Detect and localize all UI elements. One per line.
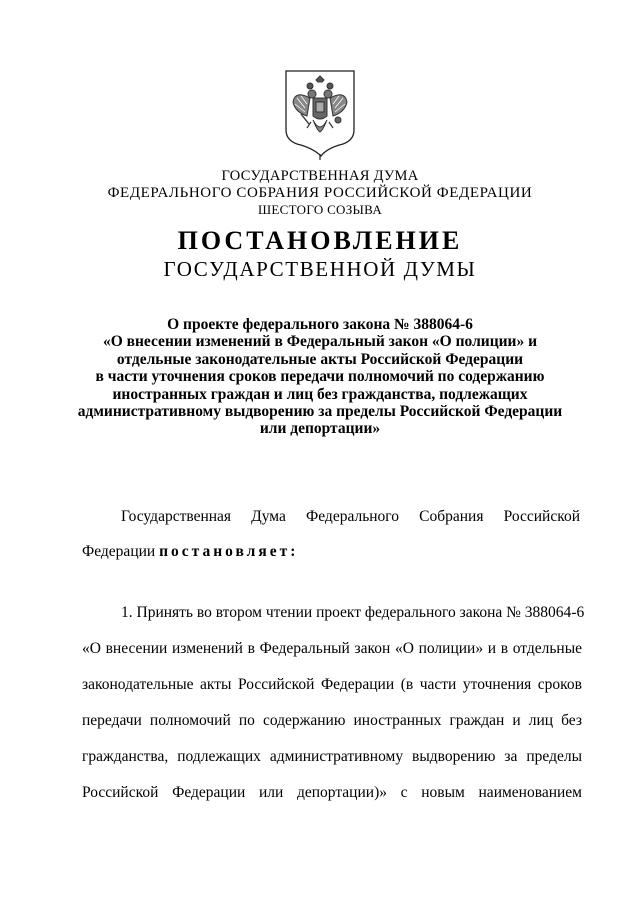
- paragraph-1-line: «О внесении изменений в Федеральный зако…: [82, 639, 582, 658]
- subject-line: «О внесении изменений в Федеральный зако…: [60, 333, 580, 350]
- org-line-duma: ГОСУДАРСТВЕННАЯ ДУМА: [0, 167, 640, 185]
- subject-line: административному выдворению за пределы …: [60, 403, 580, 420]
- subject-line: в части уточнения сроков передачи полном…: [60, 368, 580, 385]
- org-line-convocation: ШЕСТОГО СОЗЫВА: [0, 201, 640, 219]
- subject-line: иностранных граждан и лиц без гражданств…: [60, 386, 580, 403]
- subject-line: О проекте федерального закона № 388064-6: [60, 316, 580, 333]
- paragraph-1-line: законодательные акты Российской Федераци…: [82, 675, 582, 694]
- document-type-title: ПОСТАНОВЛЕНИЕ: [0, 226, 640, 256]
- paragraph-1-line: Российской Федерации или депортации)» с …: [82, 783, 582, 802]
- preamble-prefix: Федерации: [82, 543, 159, 560]
- resolves-keyword: постановляет:: [159, 543, 298, 560]
- org-line-federal-assembly: ФЕДЕРАЛЬНОГО СОБРАНИЯ РОССИЙСКОЙ ФЕДЕРАЦ…: [0, 184, 640, 202]
- paragraph-1-line: гражданства, подлежащих административном…: [82, 747, 582, 766]
- paragraph-1-line: передачи полномочий по содержанию иностр…: [82, 711, 582, 730]
- document-issuer-title: ГОСУДАРСТВЕННОЙ ДУМЫ: [0, 255, 640, 283]
- preamble-line-2: Федерации постановляет:: [82, 542, 582, 561]
- subject-line: отдельные законодательные акты Российско…: [60, 351, 580, 368]
- document-page: ГОСУДАРСТВЕННАЯ ДУМА ФЕДЕРАЛЬНОГО СОБРАН…: [0, 0, 640, 905]
- coat-of-arms-icon: [283, 68, 357, 160]
- subject-heading: О проекте федерального закона № 388064-6…: [60, 316, 580, 438]
- preamble-line-1: Государственная Дума Федерального Собран…: [121, 507, 580, 526]
- paragraph-1-line: 1. Принять во втором чтении проект федер…: [121, 603, 580, 622]
- subject-line: или депортации»: [60, 420, 580, 437]
